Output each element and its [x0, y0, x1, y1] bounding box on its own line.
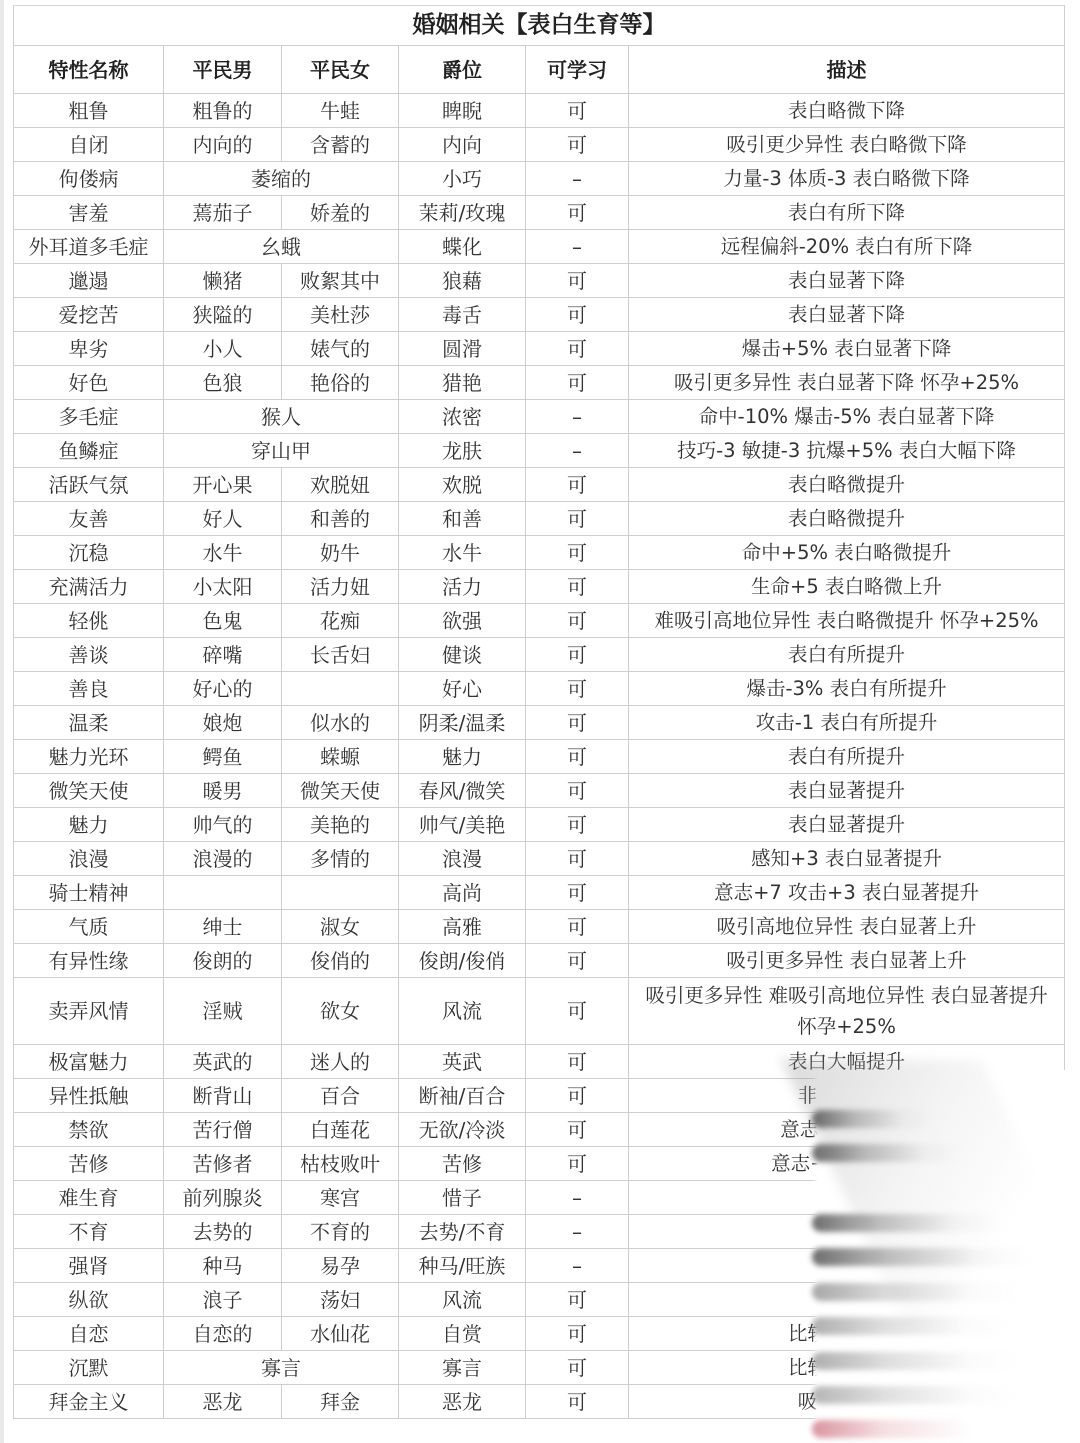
cell-commoner-male: 淫贼: [164, 978, 282, 1045]
cell-noble: 苦修: [399, 1147, 526, 1181]
cell-commoner-female: 美艳的: [282, 808, 399, 842]
cell-learnable: 可: [526, 910, 629, 944]
cell-noble: 好心: [399, 672, 526, 706]
cell-description: 生命+5 表白略微上升: [629, 570, 1065, 604]
cell-noble: 风流: [399, 1283, 526, 1317]
cell-commoner-male: 娘炮: [164, 706, 282, 740]
cell-learnable: 可: [526, 536, 629, 570]
table-row: 鱼鳞症穿山甲龙肤–技巧-3 敏捷-3 抗爆+5% 表白大幅下降: [14, 434, 1065, 468]
header-name: 特性名称: [14, 46, 164, 94]
cell-learnable: –: [526, 400, 629, 434]
cell-description: 表白略微提升: [629, 502, 1065, 536]
cell-description: 表白略微提升: [629, 468, 1065, 502]
cell-trait-name: 好色: [14, 366, 164, 400]
table-row: 沉默寡言寡言可比较抗拒异性: [14, 1351, 1065, 1385]
cell-learnable: 可: [526, 1351, 629, 1385]
cell-noble: 风流: [399, 978, 526, 1045]
table-row: 爱挖苦狭隘的美杜莎毒舌可表白显著下降: [14, 298, 1065, 332]
cell-description: 比较抗拒异性: [629, 1351, 1065, 1385]
table-title: 婚姻相关【表白生育等】: [14, 6, 1065, 46]
cell-trait-name: 沉默: [14, 1351, 164, 1385]
cell-description: 意志+7 攻击+3 表白显著提升: [629, 876, 1065, 910]
cell-commoner-merged: 寡言: [164, 1351, 399, 1385]
cell-noble: 欲强: [399, 604, 526, 638]
cell-learnable: 可: [526, 808, 629, 842]
cell-commoner-male: 好人: [164, 502, 282, 536]
table-row: 害羞蔫茄子娇羞的茉莉/玫瑰可表白有所下降: [14, 196, 1065, 230]
cell-commoner-male: 粗鲁的: [164, 94, 282, 128]
cell-learnable: 可: [526, 842, 629, 876]
cell-noble: 种马/旺族: [399, 1249, 526, 1283]
cell-learnable: 可: [526, 1283, 629, 1317]
cell-trait-name: 有异性缘: [14, 944, 164, 978]
cell-learnable: –: [526, 230, 629, 264]
header-commoner-male: 平民男: [164, 46, 282, 94]
traits-table: 婚姻相关【表白生育等】 特性名称 平民男 平民女 爵位 可学习 描述 粗鲁粗鲁的…: [13, 5, 1065, 1419]
cell-description: 远程偏斜-20% 表白有所下降: [629, 230, 1065, 264]
cell-noble: 小巧: [399, 162, 526, 196]
cell-trait-name: 自闭: [14, 128, 164, 162]
table-row: 异性抵触断背山百合断袖/百合可非常抗拒异: [14, 1079, 1065, 1113]
cell-description: 表白显著提升: [629, 774, 1065, 808]
table-row: 魅力光环鳄鱼蝾螈魅力可表白有所提升: [14, 740, 1065, 774]
cell-learnable: 可: [526, 264, 629, 298]
cell-trait-name: 强肾: [14, 1249, 164, 1283]
cell-noble: 去势/不育: [399, 1215, 526, 1249]
cell-noble: 魅力: [399, 740, 526, 774]
cell-trait-name: 魅力光环: [14, 740, 164, 774]
cell-commoner-male: 恶龙: [164, 1385, 282, 1419]
table-row: 轻佻色鬼花痴欲强可难吸引高地位异性 表白略微提升 怀孕+25%: [14, 604, 1065, 638]
header-commoner-female: 平民女: [282, 46, 399, 94]
cell-description: 吸引更少异性 表白略微下降: [629, 128, 1065, 162]
header-description: 描述: [629, 46, 1065, 94]
cell-commoner-male: 浪子: [164, 1283, 282, 1317]
cell-learnable: 可: [526, 774, 629, 808]
cell-commoner-female: 百合: [282, 1079, 399, 1113]
cell-description: 吸引更多异性 表白显著下降 怀孕+25%: [629, 366, 1065, 400]
cell-commoner-male: 鳄鱼: [164, 740, 282, 774]
cell-noble: 恶龙: [399, 1385, 526, 1419]
cell-noble: 圆滑: [399, 332, 526, 366]
cell-learnable: 可: [526, 672, 629, 706]
table-row: 邋遢懒猪败絮其中狼藉可表白显著下降: [14, 264, 1065, 298]
cell-commoner-female: [282, 672, 399, 706]
cell-learnable: –: [526, 1181, 629, 1215]
cell-commoner-male: 开心果: [164, 468, 282, 502]
cell-learnable: 可: [526, 128, 629, 162]
cell-trait-name: 自恋: [14, 1317, 164, 1351]
cell-noble: 毒舌: [399, 298, 526, 332]
title-row: 婚姻相关【表白生育等】: [14, 6, 1065, 46]
cell-trait-name: 充满活力: [14, 570, 164, 604]
cell-commoner-male: 色鬼: [164, 604, 282, 638]
cell-commoner-male: 种马: [164, 1249, 282, 1283]
cell-commoner-female: 微笑天使: [282, 774, 399, 808]
cell-noble: 睥睨: [399, 94, 526, 128]
cell-trait-name: 轻佻: [14, 604, 164, 638]
cell-description: 怀: [629, 1181, 1065, 1215]
cell-description: 表白显著下降: [629, 264, 1065, 298]
cell-commoner-female: [282, 876, 399, 910]
cell-commoner-female: 不育的: [282, 1215, 399, 1249]
cell-trait-name: 卖弄风情: [14, 978, 164, 1045]
cell-commoner-female: 蝾螈: [282, 740, 399, 774]
cell-learnable: 可: [526, 94, 629, 128]
cell-trait-name: 多毛症: [14, 400, 164, 434]
table-row: 自闭内向的含蓄的内向可吸引更少异性 表白略微下降: [14, 128, 1065, 162]
cell-commoner-male: 小太阳: [164, 570, 282, 604]
cell-noble: 惜子: [399, 1181, 526, 1215]
cell-learnable: 可: [526, 1045, 629, 1079]
cell-learnable: 可: [526, 502, 629, 536]
cell-commoner-female: 长舌妇: [282, 638, 399, 672]
cell-noble: 春风/微笑: [399, 774, 526, 808]
cell-description: 怀: [629, 1249, 1065, 1283]
cell-noble: 寡言: [399, 1351, 526, 1385]
cell-description: 吸引更多异性 难吸引高地位异性 表白显著提升 怀孕+25%: [629, 978, 1065, 1045]
cell-commoner-female: 荡妇: [282, 1283, 399, 1317]
cell-commoner-male: 好心的: [164, 672, 282, 706]
cell-trait-name: 卑劣: [14, 332, 164, 366]
cell-trait-name: 浪漫: [14, 842, 164, 876]
cell-commoner-male: 暖男: [164, 774, 282, 808]
cell-trait-name: 骑士精神: [14, 876, 164, 910]
cell-commoner-male: 前列腺炎: [164, 1181, 282, 1215]
table-row: 拜金主义恶龙拜金恶龙可吸引更少异: [14, 1385, 1065, 1419]
cell-description: 怀: [629, 1215, 1065, 1249]
cell-description: 难吸引高地位异性 表白略微提升 怀孕+25%: [629, 604, 1065, 638]
cell-noble: 内向: [399, 128, 526, 162]
cell-noble: 阴柔/温柔: [399, 706, 526, 740]
cell-trait-name: 气质: [14, 910, 164, 944]
cell-commoner-female: 牛蛙: [282, 94, 399, 128]
cell-learnable: 可: [526, 570, 629, 604]
cell-description: 表白大幅提升: [629, 1045, 1065, 1079]
cell-description: 感知+3 表白显著提升: [629, 842, 1065, 876]
cell-trait-name: 邋遢: [14, 264, 164, 298]
cell-commoner-male: 狭隘的: [164, 298, 282, 332]
cell-trait-name: 不育: [14, 1215, 164, 1249]
table-row: 纵欲浪子荡妇风流可怀: [14, 1283, 1065, 1317]
table-row: 浪漫浪漫的多情的浪漫可感知+3 表白显著提升: [14, 842, 1065, 876]
cell-commoner-female: 艳俗的: [282, 366, 399, 400]
cell-commoner-female: 欢脱妞: [282, 468, 399, 502]
cell-description: 吸引更多异性 表白显著上升: [629, 944, 1065, 978]
table-row: 自恋自恋的水仙花自赏可比较抗拒异性: [14, 1317, 1065, 1351]
cell-commoner-female: 美杜莎: [282, 298, 399, 332]
table-row: 善良好心的好心可爆击-3% 表白有所提升: [14, 672, 1065, 706]
cell-description: 表白略微下降: [629, 94, 1065, 128]
cell-commoner-male: 懒猪: [164, 264, 282, 298]
cell-noble: 帅气/美艳: [399, 808, 526, 842]
cell-trait-name: 爱挖苦: [14, 298, 164, 332]
cell-commoner-male: 绅士: [164, 910, 282, 944]
cell-commoner-merged: 幺蛾: [164, 230, 399, 264]
cell-learnable: 可: [526, 740, 629, 774]
cell-noble: 狼藉: [399, 264, 526, 298]
cell-description: 表白有所提升: [629, 740, 1065, 774]
cell-commoner-female: 易孕: [282, 1249, 399, 1283]
cell-trait-name: 魅力: [14, 808, 164, 842]
cell-learnable: 可: [526, 1113, 629, 1147]
cell-commoner-male: [164, 876, 282, 910]
cell-commoner-male: 浪漫的: [164, 842, 282, 876]
cell-commoner-female: 淑女: [282, 910, 399, 944]
cell-noble: 断袖/百合: [399, 1079, 526, 1113]
cell-learnable: 可: [526, 1079, 629, 1113]
cell-commoner-female: 水仙花: [282, 1317, 399, 1351]
cell-commoner-female: 奶牛: [282, 536, 399, 570]
cell-commoner-male: 内向的: [164, 128, 282, 162]
cell-description: 怀: [629, 1283, 1065, 1317]
cell-description: 攻击-1 表白有所提升: [629, 706, 1065, 740]
cell-learnable: 可: [526, 1317, 629, 1351]
cell-commoner-female: 寒宫: [282, 1181, 399, 1215]
cell-commoner-male: 色狼: [164, 366, 282, 400]
cell-commoner-female: 花痴: [282, 604, 399, 638]
table-row: 善谈碎嘴长舌妇健谈可表白有所提升: [14, 638, 1065, 672]
cell-commoner-male: 蔫茄子: [164, 196, 282, 230]
cell-trait-name: 善谈: [14, 638, 164, 672]
cell-learnable: 可: [526, 298, 629, 332]
smudge-streak-red: [812, 1420, 972, 1438]
cell-trait-name: 禁欲: [14, 1113, 164, 1147]
cell-learnable: 可: [526, 876, 629, 910]
cell-commoner-male: 小人: [164, 332, 282, 366]
cell-noble: 浓密: [399, 400, 526, 434]
cell-learnable: 可: [526, 196, 629, 230]
cell-commoner-male: 帅气的: [164, 808, 282, 842]
cell-description: 吸引高地位异性 表白显著上升: [629, 910, 1065, 944]
cell-trait-name: 粗鲁: [14, 94, 164, 128]
cell-commoner-female: 迷人的: [282, 1045, 399, 1079]
table-row: 微笑天使暖男微笑天使春风/微笑可表白显著提升: [14, 774, 1065, 808]
cell-description: 爆击-3% 表白有所提升: [629, 672, 1065, 706]
cell-commoner-female: 败絮其中: [282, 264, 399, 298]
cell-learnable: 可: [526, 706, 629, 740]
cell-commoner-merged: 猴人: [164, 400, 399, 434]
cell-commoner-male: 去势的: [164, 1215, 282, 1249]
cell-learnable: 可: [526, 604, 629, 638]
cell-noble: 俊朗/俊俏: [399, 944, 526, 978]
cell-commoner-merged: 萎缩的: [164, 162, 399, 196]
left-gutter: [0, 0, 4, 1443]
cell-trait-name: 善良: [14, 672, 164, 706]
table-row: 强肾种马易孕种马/旺族–怀: [14, 1249, 1065, 1283]
cell-trait-name: 拜金主义: [14, 1385, 164, 1419]
cell-learnable: 可: [526, 468, 629, 502]
cell-learnable: 可: [526, 1147, 629, 1181]
table-row: 魅力帅气的美艳的帅气/美艳可表白显著提升: [14, 808, 1065, 842]
cell-commoner-male: 自恋的: [164, 1317, 282, 1351]
cell-description: 比较抗拒异性: [629, 1317, 1065, 1351]
table-row: 友善好人和善的和善可表白略微提升: [14, 502, 1065, 536]
cell-commoner-male: 碎嘴: [164, 638, 282, 672]
cell-trait-name: 难生育: [14, 1181, 164, 1215]
cell-noble: 龙肤: [399, 434, 526, 468]
cell-description: 命中+5% 表白略微提升: [629, 536, 1065, 570]
cell-commoner-female: 欲女: [282, 978, 399, 1045]
cell-description: 爆击+5% 表白显著下降: [629, 332, 1065, 366]
table-row: 苦修苦修者枯枝败叶苦修可意志+7 抗爆-3%: [14, 1147, 1065, 1181]
table-row: 充满活力小太阳活力妞活力可生命+5 表白略微上升: [14, 570, 1065, 604]
cell-noble: 健谈: [399, 638, 526, 672]
table-body: 粗鲁粗鲁的牛蛙睥睨可表白略微下降自闭内向的含蓄的内向可吸引更少异性 表白略微下降…: [14, 94, 1065, 1419]
header-row: 特性名称 平民男 平民女 爵位 可学习 描述: [14, 46, 1065, 94]
cell-commoner-male: 苦行僧: [164, 1113, 282, 1147]
table-row: 好色色狼艳俗的猎艳可吸引更多异性 表白显著下降 怀孕+25%: [14, 366, 1065, 400]
header-noble: 爵位: [399, 46, 526, 94]
cell-noble: 水牛: [399, 536, 526, 570]
cell-commoner-female: 拜金: [282, 1385, 399, 1419]
cell-trait-name: 温柔: [14, 706, 164, 740]
cell-learnable: –: [526, 162, 629, 196]
cell-trait-name: 友善: [14, 502, 164, 536]
cell-commoner-male: 英武的: [164, 1045, 282, 1079]
cell-description: 表白有所下降: [629, 196, 1065, 230]
cell-description: 吸引更少异: [629, 1385, 1065, 1419]
cell-trait-name: 微笑天使: [14, 774, 164, 808]
cell-learnable: 可: [526, 978, 629, 1045]
cell-trait-name: 活跃气氛: [14, 468, 164, 502]
cell-learnable: 可: [526, 944, 629, 978]
cell-description: 表白显著提升: [629, 808, 1065, 842]
table-row: 温柔娘炮似水的阴柔/温柔可攻击-1 表白有所提升: [14, 706, 1065, 740]
cell-noble: 欢脱: [399, 468, 526, 502]
cell-trait-name: 佝偻病: [14, 162, 164, 196]
cell-commoner-female: 含蓄的: [282, 128, 399, 162]
cell-commoner-merged: 穿山甲: [164, 434, 399, 468]
cell-description: 意志+3 比较抗: [629, 1113, 1065, 1147]
cell-description: 表白有所提升: [629, 638, 1065, 672]
cell-description: 非常抗拒异: [629, 1079, 1065, 1113]
cell-description: 技巧-3 敏捷-3 抗爆+5% 表白大幅下降: [629, 434, 1065, 468]
cell-description: 表白显著下降: [629, 298, 1065, 332]
cell-commoner-female: 多情的: [282, 842, 399, 876]
cell-noble: 自赏: [399, 1317, 526, 1351]
cell-trait-name: 害羞: [14, 196, 164, 230]
table-row: 粗鲁粗鲁的牛蛙睥睨可表白略微下降: [14, 94, 1065, 128]
cell-description: 力量-3 体质-3 表白略微下降: [629, 162, 1065, 196]
cell-noble: 活力: [399, 570, 526, 604]
header-learnable: 可学习: [526, 46, 629, 94]
cell-trait-name: 鱼鳞症: [14, 434, 164, 468]
cell-trait-name: 外耳道多毛症: [14, 230, 164, 264]
cell-description: 命中-10% 爆击-5% 表白显著下降: [629, 400, 1065, 434]
cell-trait-name: 异性抵触: [14, 1079, 164, 1113]
cell-commoner-female: 活力妞: [282, 570, 399, 604]
cell-learnable: 可: [526, 1385, 629, 1419]
table-row: 气质绅士淑女高雅可吸引高地位异性 表白显著上升: [14, 910, 1065, 944]
cell-noble: 猎艳: [399, 366, 526, 400]
table-row: 卖弄风情淫贼欲女风流可吸引更多异性 难吸引高地位异性 表白显著提升 怀孕+25%: [14, 978, 1065, 1045]
cell-trait-name: 极富魅力: [14, 1045, 164, 1079]
cell-learnable: 可: [526, 332, 629, 366]
cell-trait-name: 沉稳: [14, 536, 164, 570]
cell-learnable: 可: [526, 366, 629, 400]
cell-description: 意志+7 抗爆-3%: [629, 1147, 1065, 1181]
table-row: 难生育前列腺炎寒宫惜子–怀: [14, 1181, 1065, 1215]
cell-noble: 和善: [399, 502, 526, 536]
cell-commoner-male: 水牛: [164, 536, 282, 570]
cell-learnable: 可: [526, 638, 629, 672]
cell-commoner-female: 似水的: [282, 706, 399, 740]
cell-noble: 高雅: [399, 910, 526, 944]
cell-noble: 高尚: [399, 876, 526, 910]
cell-commoner-male: 苦修者: [164, 1147, 282, 1181]
cell-commoner-female: 婊气的: [282, 332, 399, 366]
table-row: 多毛症猴人浓密–命中-10% 爆击-5% 表白显著下降: [14, 400, 1065, 434]
table-row: 活跃气氛开心果欢脱妞欢脱可表白略微提升: [14, 468, 1065, 502]
table-row: 沉稳水牛奶牛水牛可命中+5% 表白略微提升: [14, 536, 1065, 570]
cell-learnable: –: [526, 1249, 629, 1283]
cell-learnable: –: [526, 434, 629, 468]
cell-commoner-male: 俊朗的: [164, 944, 282, 978]
cell-noble: 浪漫: [399, 842, 526, 876]
cell-noble: 英武: [399, 1045, 526, 1079]
table-row: 禁欲苦行僧白莲花无欲/冷淡可意志+3 比较抗: [14, 1113, 1065, 1147]
cell-trait-name: 苦修: [14, 1147, 164, 1181]
cell-commoner-female: 俊俏的: [282, 944, 399, 978]
cell-commoner-male: 断背山: [164, 1079, 282, 1113]
table-row: 有异性缘俊朗的俊俏的俊朗/俊俏可吸引更多异性 表白显著上升: [14, 944, 1065, 978]
cell-commoner-female: 和善的: [282, 502, 399, 536]
cell-noble: 茉莉/玫瑰: [399, 196, 526, 230]
cell-commoner-female: 枯枝败叶: [282, 1147, 399, 1181]
cell-commoner-female: 娇羞的: [282, 196, 399, 230]
table-row: 不育去势的不育的去势/不育–怀: [14, 1215, 1065, 1249]
table-row: 极富魅力英武的迷人的英武可表白大幅提升: [14, 1045, 1065, 1079]
table-row: 卑劣小人婊气的圆滑可爆击+5% 表白显著下降: [14, 332, 1065, 366]
cell-learnable: –: [526, 1215, 629, 1249]
table-row: 骑士精神高尚可意志+7 攻击+3 表白显著提升: [14, 876, 1065, 910]
cell-commoner-female: 白莲花: [282, 1113, 399, 1147]
table-row: 外耳道多毛症幺蛾蝶化–远程偏斜-20% 表白有所下降: [14, 230, 1065, 264]
cell-noble: 无欲/冷淡: [399, 1113, 526, 1147]
table-row: 佝偻病萎缩的小巧–力量-3 体质-3 表白略微下降: [14, 162, 1065, 196]
cell-noble: 蝶化: [399, 230, 526, 264]
cell-trait-name: 纵欲: [14, 1283, 164, 1317]
